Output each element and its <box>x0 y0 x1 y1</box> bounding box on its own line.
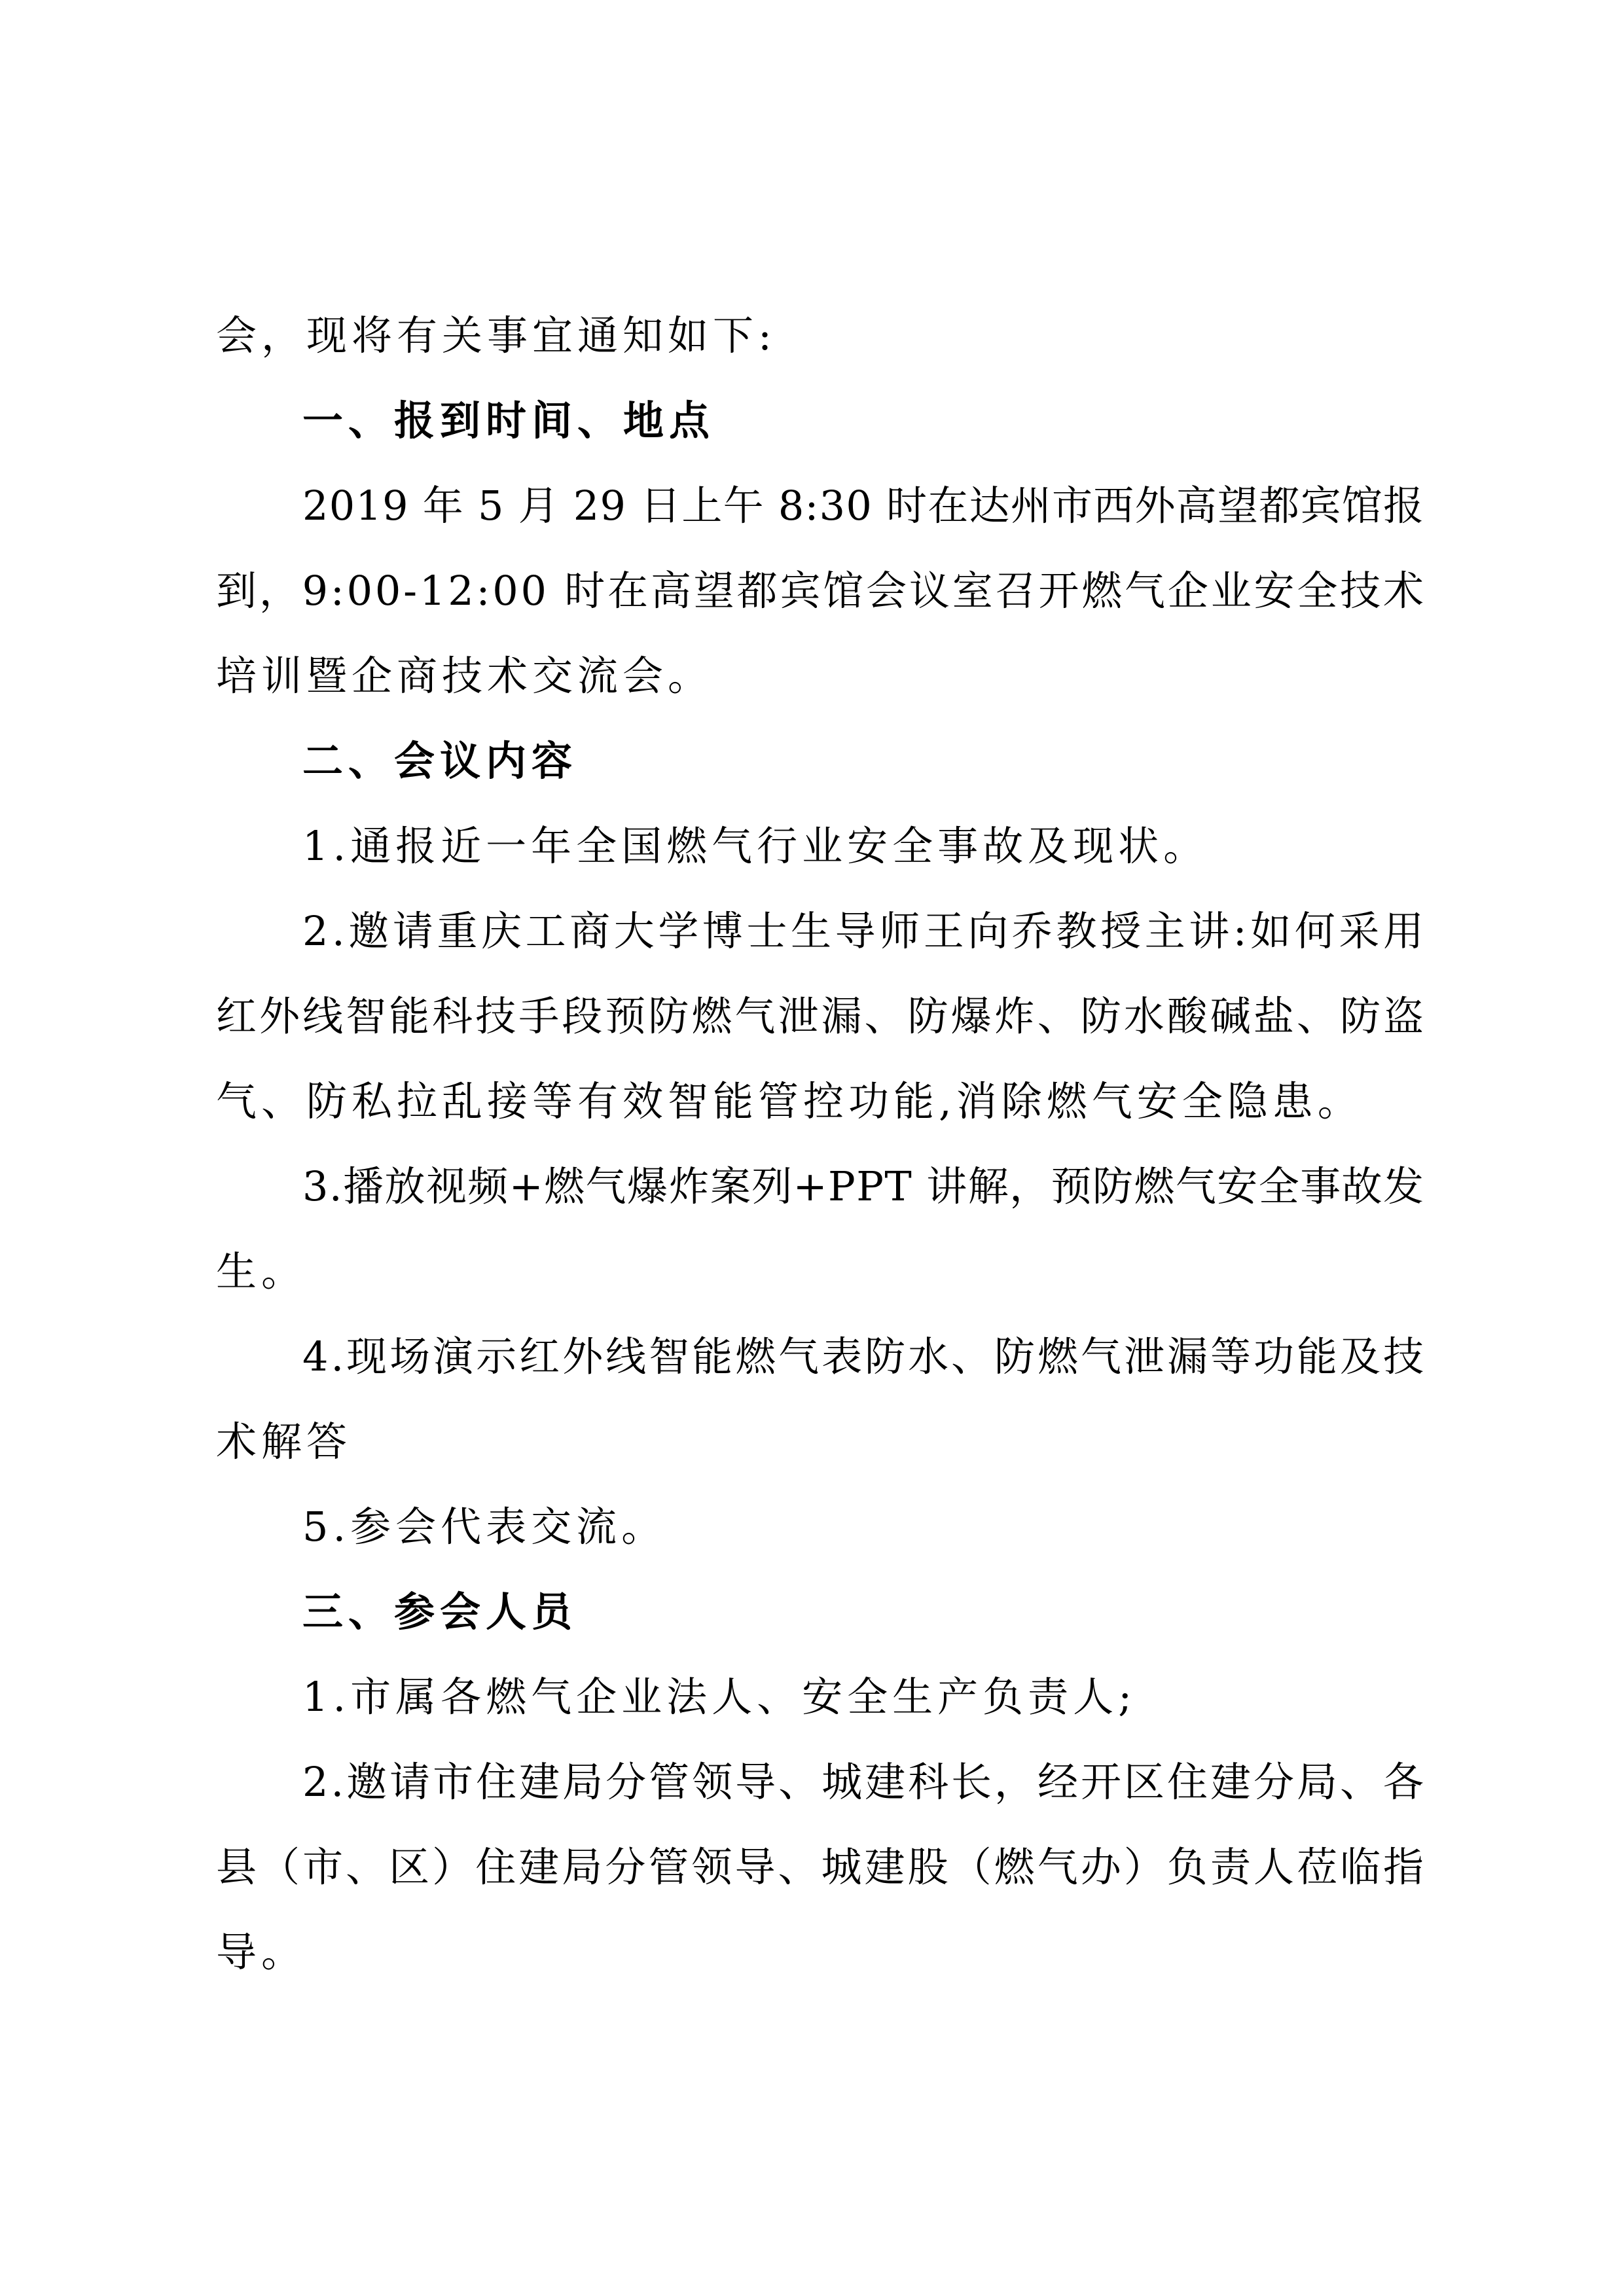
content-item-2-line-1: 2.邀请重庆工商大学博士生导师王向乔教授主讲:如何采用 <box>216 889 1428 974</box>
content-item-5: 5.参会代表交流。 <box>216 1484 1428 1570</box>
attendee-item-2-line-3: 导。 <box>216 1910 1428 1995</box>
content-item-2-line-3: 气、防私拉乱接等有效智能管控功能,消除燃气安全隐患。 <box>216 1059 1428 1144</box>
content-item-3-line-1: 3.播放视频+燃气爆炸案列+PPT 讲解，预防燃气安全事故发 <box>216 1144 1428 1229</box>
registration-paragraph-line-3: 培训暨企商技术交流会。 <box>216 634 1428 719</box>
registration-paragraph-line-2: 到，9:00-12:00 时在高望都宾馆会议室召开燃气企业安全技术 <box>216 548 1428 634</box>
intro-line: 会，现将有关事宜通知如下: <box>216 293 1428 378</box>
attendee-item-2-line-2: 县（市、区）住建局分管领导、城建股（燃气办）负责人莅临指 <box>216 1825 1428 1910</box>
section-heading-attendees: 三、参会人员 <box>216 1570 1428 1655</box>
content-item-1: 1.通报近一年全国燃气行业安全事故及现状。 <box>216 804 1428 889</box>
content-item-4-line-1: 4.现场演示红外线智能燃气表防水、防燃气泄漏等功能及技 <box>216 1314 1428 1399</box>
section-heading-meeting-content: 二、会议内容 <box>216 719 1428 804</box>
content-item-4-line-2: 术解答 <box>216 1399 1428 1484</box>
content-item-2-line-2: 红外线智能科技手段预防燃气泄漏、防爆炸、防水酸碱盐、防盗 <box>216 974 1428 1059</box>
content-item-3-line-2: 生。 <box>216 1229 1428 1314</box>
document-page: 会，现将有关事宜通知如下: 一、报到时间、地点 2019 年 5 月 29 日上… <box>216 293 1428 1995</box>
registration-paragraph-line-1: 2019 年 5 月 29 日上午 8:30 时在达州市西外高望都宾馆报 <box>216 463 1428 548</box>
attendee-item-2-line-1: 2.邀请市住建局分管领导、城建科长，经开区住建分局、各 <box>216 1740 1428 1825</box>
section-heading-registration: 一、报到时间、地点 <box>216 378 1428 463</box>
attendee-item-1: 1.市属各燃气企业法人、安全生产负责人; <box>216 1655 1428 1740</box>
